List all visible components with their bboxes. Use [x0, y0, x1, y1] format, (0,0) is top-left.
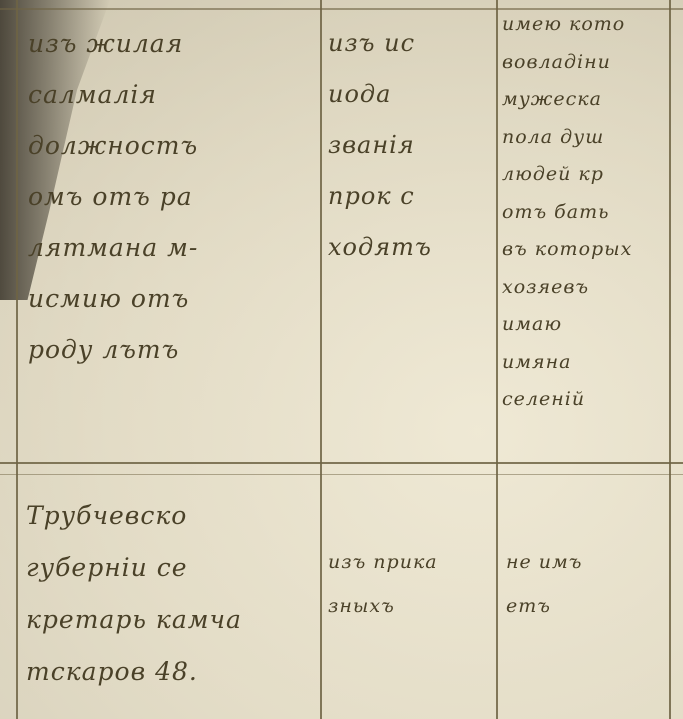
ledger-page: изъ жилая салмалія должностъ омъ отъ ра …: [0, 0, 683, 719]
text-line: омъ отъ ра: [28, 171, 318, 222]
row-rule: [0, 474, 683, 475]
text-line: имею котo: [502, 6, 668, 44]
row2-col1-text: Трубчевско губерніи се кретарь камча тск…: [26, 490, 318, 698]
text-line: кретарь камча: [26, 594, 318, 646]
text-line: должностъ: [28, 120, 318, 171]
text-line: отъ бать: [502, 194, 668, 232]
text-line: селеній: [502, 381, 668, 419]
text-line: пола душ: [502, 119, 668, 157]
column-rule: [496, 0, 498, 719]
text-line: зныхъ: [328, 584, 496, 628]
row1-col2-text: изъ ис иода званія прок с ходятъ: [328, 18, 496, 273]
row-rule: [0, 462, 683, 464]
text-line: салмалія: [28, 69, 318, 120]
text-line: прок с: [328, 171, 496, 222]
row1-col1-text: изъ жилая салмалія должностъ омъ отъ ра …: [28, 18, 318, 375]
text-line: Трубчевско: [26, 490, 318, 542]
text-line: не имъ: [506, 540, 666, 584]
text-line: тскаров 48.: [26, 646, 318, 698]
column-rule: [320, 0, 322, 719]
column-rule: [669, 0, 671, 719]
text-line: людей кр: [502, 156, 668, 194]
text-line: исмию отъ: [28, 273, 318, 324]
column-rule: [16, 0, 18, 719]
text-line: вовладіни: [502, 44, 668, 82]
text-line: имаю: [502, 306, 668, 344]
text-line: етъ: [506, 584, 666, 628]
text-line: мужеска: [502, 81, 668, 119]
text-line: изъ прика: [328, 540, 496, 584]
row1-col3-text: имею котo вовладіни мужеска пола душ люд…: [502, 6, 668, 419]
row2-col3-text: не имъ етъ: [506, 540, 666, 628]
text-line: изъ жилая: [28, 18, 318, 69]
text-line: хозяевъ: [502, 269, 668, 307]
text-line: ходятъ: [328, 222, 496, 273]
text-line: иода: [328, 69, 496, 120]
text-line: губерніи се: [26, 542, 318, 594]
text-line: роду лътъ: [28, 324, 318, 375]
text-line: имяна: [502, 344, 668, 382]
text-line: въ которых: [502, 231, 668, 269]
text-line: званія: [328, 120, 496, 171]
text-line: лятмана м-: [28, 222, 318, 273]
text-line: изъ ис: [328, 18, 496, 69]
row2-col2-text: изъ прика зныхъ: [328, 540, 496, 628]
